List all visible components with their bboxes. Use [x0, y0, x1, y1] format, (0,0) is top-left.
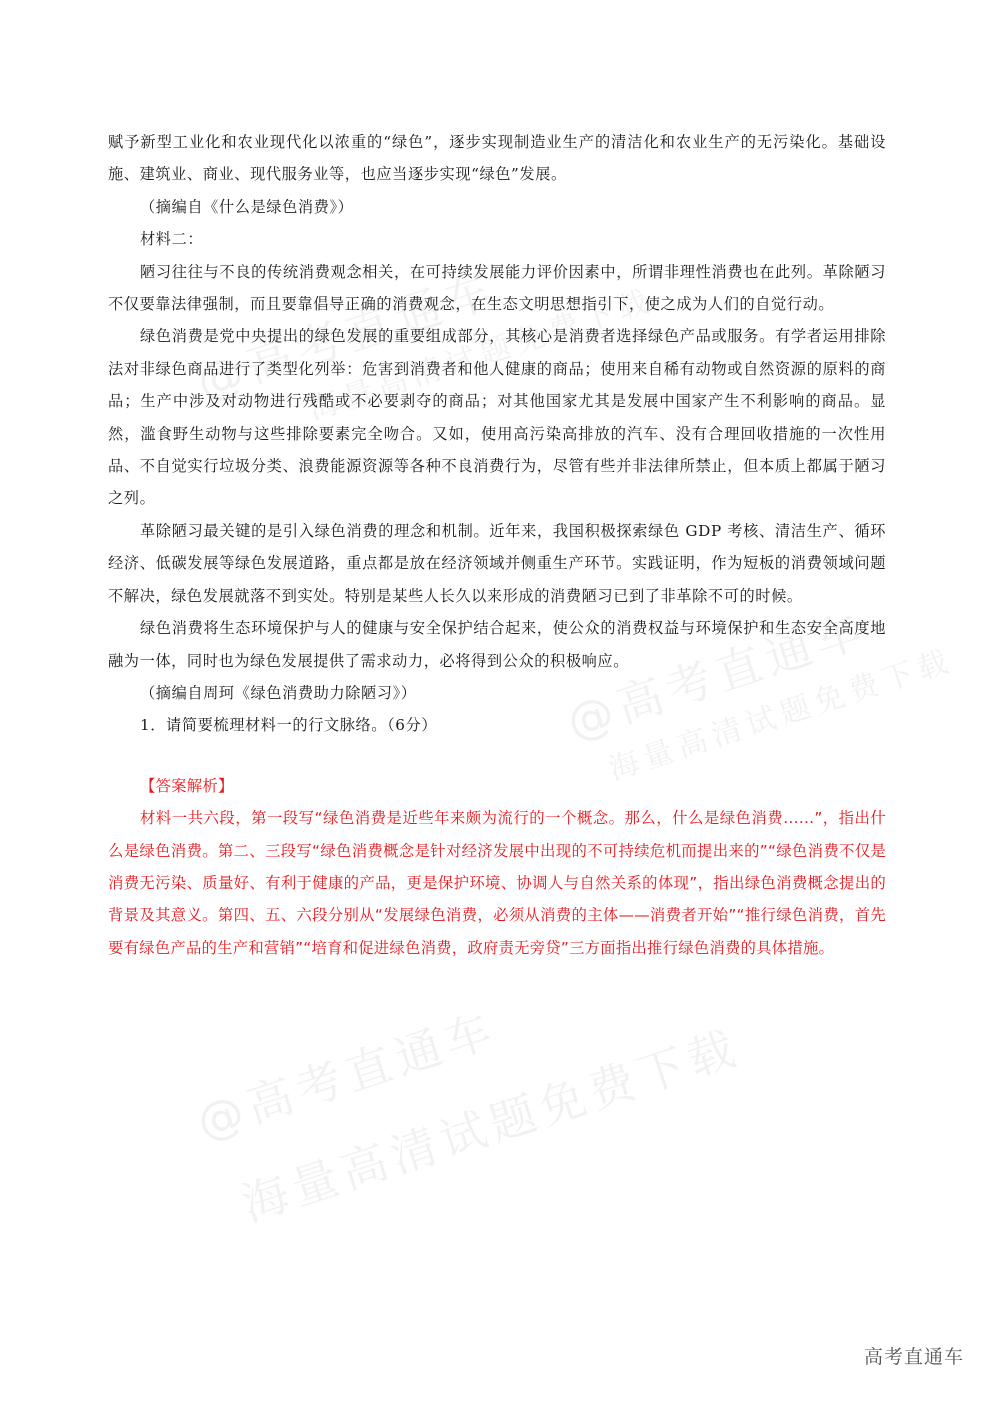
answer-text: 材料一共六段，第一段写“绿色消费是近些年来颇为流行的一个概念。那么，什么是绿色消…: [108, 802, 886, 964]
material-two-heading: 材料二：: [108, 223, 886, 255]
answer-heading: 【答案解析】: [108, 770, 886, 802]
document-page: 赋予新型工业化和农业现代化以浓重的“绿色”，逐步实现制造业生产的清洁化和农业生产…: [108, 126, 886, 964]
material-two-paragraph: 陋习往往与不良的传统消费观念相关，在可持续发展能力评价因素中，所谓非理性消费也在…: [108, 256, 886, 321]
spacer: [108, 742, 886, 770]
material-two-paragraph: 绿色消费将生态环境保护与人的健康与安全保护结合起来，使公众的消费权益与环境保护和…: [108, 612, 886, 677]
watermark-bottom-line2: 海量高清试题免费下载: [233, 1011, 748, 1234]
material-two-paragraph: 绿色消费是党中央提出的绿色发展的重要组成部分，其核心是消费者选择绿色产品或服务。…: [108, 320, 886, 514]
material-two-source: （摘编自周珂《绿色消费助力除陋习》）: [108, 677, 886, 709]
material-two-paragraph: 革除陋习最关键的是引入绿色消费的理念和机制。近年来，我国积极探索绿色 GDP 考…: [108, 515, 886, 612]
watermark-bottom-line1: @高考直通车: [187, 993, 504, 1152]
material-one-source: （摘编自《什么是绿色消费》）: [108, 191, 886, 223]
question-text: 1．请简要梳理材料一的行文脉络。（6分）: [108, 709, 886, 741]
brand-logo-text: 高考直通车: [864, 1342, 964, 1369]
material-one-tail-paragraph: 赋予新型工业化和农业现代化以浓重的“绿色”，逐步实现制造业生产的清洁化和农业生产…: [108, 126, 886, 191]
